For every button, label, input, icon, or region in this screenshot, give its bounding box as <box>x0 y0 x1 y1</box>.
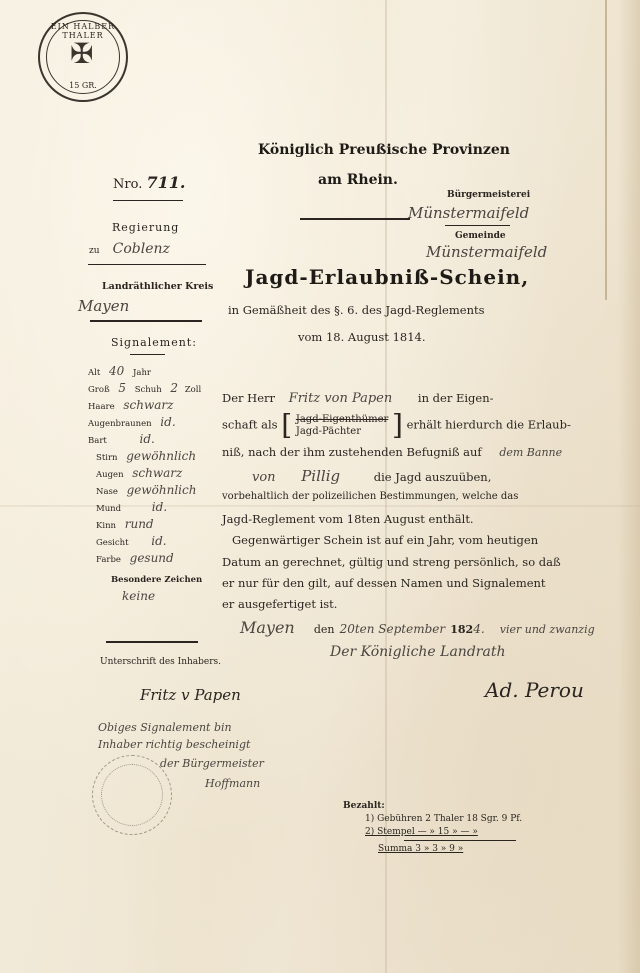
role-active: Jagd-Pächter <box>296 426 389 438</box>
kreis-value: Mayen <box>78 297 129 315</box>
text: schaft als <box>222 418 278 432</box>
buergermeisterei-label: Bürgermeisterei <box>447 190 530 200</box>
unit: Schuh <box>135 385 162 395</box>
regierung-prefix: zu <box>89 246 100 256</box>
tax-stamp: EIN HALBER THALER ✠ 15 GR. <box>38 12 128 102</box>
text: Der Herr <box>222 391 275 405</box>
label: Augen <box>96 470 124 480</box>
issuing-authority: Der Königliche Landrath <box>330 644 505 660</box>
paper-crease <box>605 0 607 300</box>
divider <box>88 264 206 265</box>
body-line-5: vorbehaltlich der polizeilichen Bestimmu… <box>222 492 518 502</box>
kreis-label: Landräthlicher Kreis <box>102 281 213 292</box>
text: niß, nach der ihm zustehenden Befugniß a… <box>222 445 482 459</box>
fees-row-1: 1) Gebühren 2 Thaler 18 Sgr. 9 Pf. <box>365 814 522 824</box>
signalement-row-eyes: Augen schwarz <box>96 466 182 480</box>
value2: 2 <box>170 381 178 395</box>
signalement-row-nose: Nase gewöhnlich <box>96 483 196 497</box>
special-marks-value: keine <box>122 589 155 603</box>
label: Stirn <box>96 453 118 463</box>
text: die Jagd auszuüben, <box>374 470 492 484</box>
issue-year-printed: 182 <box>450 623 473 636</box>
body-line-10: er ausgefertiget ist. <box>222 599 337 611</box>
prussian-eagle-icon: ✠ <box>70 40 93 68</box>
signalement-row-age: Alt 40 Jahr <box>88 364 151 378</box>
value: id. <box>140 432 155 446</box>
value: schwarz <box>123 398 173 412</box>
value: id. <box>152 500 167 514</box>
body-line-4: von Pillig die Jagd auszuüben, <box>222 469 491 484</box>
signalement-row-complexion: Farbe gesund <box>96 551 174 565</box>
label: Augenbraunen <box>88 419 152 429</box>
permit-number-label: Nro. <box>113 177 142 192</box>
holder-name: Fritz von Papen <box>289 391 393 406</box>
regierung-value: Coblenz <box>113 241 170 257</box>
divider <box>130 354 165 355</box>
signalement-row-face: Gesicht id. <box>96 534 167 548</box>
label: Nase <box>96 487 118 497</box>
tax-stamp-value: 15 GR. <box>40 81 126 90</box>
left-brace: [ <box>281 408 292 441</box>
place-handwritten: von <box>252 470 276 485</box>
body-line-9: er nur für den gilt, auf dessen Namen un… <box>222 578 546 590</box>
permit-number: Nro. 711. <box>113 173 185 192</box>
signalement-row-forehead: Stirn gewöhnlich <box>96 449 196 463</box>
signalement-row-height: Groß 5 Schuh 2 Zoll <box>88 381 201 395</box>
label: Gesicht <box>96 538 129 548</box>
signalement-row-eyebrows: Augenbraunen id. <box>88 415 176 429</box>
regierung-label: Regierung <box>112 221 179 234</box>
value: gewöhnlich <box>127 483 197 497</box>
signalement-heading: Signalement: <box>111 336 197 349</box>
place-handwritten: dem Banne <box>499 446 562 459</box>
text: in der Eigen- <box>418 391 494 405</box>
issue-date: 20ten September <box>340 622 446 636</box>
label: Bart <box>88 436 107 446</box>
unit: Jahr <box>133 368 151 378</box>
header-line1: Königlich Preußische Provinzen <box>258 142 510 158</box>
text: erhält hierdurch die Erlaub- <box>407 418 571 432</box>
body-line-2: schaft als [ Jagd-Eigenthümer Jagd-Pächt… <box>222 414 571 437</box>
value: id. <box>151 534 166 548</box>
value: schwarz <box>132 466 182 480</box>
holder-signature: Fritz v Papen <box>140 686 241 704</box>
role-options: Jagd-Eigenthümer Jagd-Pächter <box>296 414 389 437</box>
regierung-field: zu Coblenz <box>89 238 170 257</box>
fees-total: Summa 3 » 3 » 9 » <box>378 844 463 854</box>
body-line-8: Datum an gerechnet, gültig und streng pe… <box>222 557 561 569</box>
document-subtitle-2: vom 18. August 1814. <box>298 330 426 344</box>
unit2: Zoll <box>185 385 201 395</box>
value: 5 <box>118 381 126 395</box>
attestation-line-1: Obiges Signalement bin <box>98 721 232 734</box>
label: Farbe <box>96 555 121 565</box>
attestation-signature: Hoffmann <box>205 777 260 790</box>
divider <box>90 320 202 322</box>
document-subtitle-1: in Gemäßheit des §. 6. des Jagd-Reglemen… <box>228 303 485 317</box>
signalement-row-beard: Bart id. <box>88 432 155 446</box>
value: id. <box>160 415 175 429</box>
issue-year-handwritten: 4. <box>473 622 484 636</box>
fees-label: Bezahlt: <box>343 801 385 811</box>
fees-row-2: 2) Stempel — » 15 » — » <box>365 827 478 837</box>
body-line-7: Gegenwärtiger Schein ist auf ein Jahr, v… <box>232 535 538 547</box>
value: rund <box>125 517 154 531</box>
signalement-row-chin: Kinn rund <box>96 517 154 531</box>
right-brace: ] <box>392 408 403 441</box>
place-name: Pillig <box>301 467 340 485</box>
label: Alt <box>88 368 100 378</box>
paper-edge-shadow <box>618 0 640 973</box>
document-title: Jagd-Erlaubniß-Schein, <box>245 265 529 289</box>
gemeinde-label: Gemeinde <box>455 231 506 241</box>
issue-year-words: vier und zwanzig <box>500 623 595 636</box>
issue-place: Mayen <box>240 618 295 637</box>
header-rule <box>300 218 410 220</box>
buergermeisterei-value: Münstermaifeld <box>408 204 529 222</box>
divider <box>106 641 198 643</box>
body-line-3: niß, nach der ihm zustehenden Befugniß a… <box>222 447 562 459</box>
signalement-row-hair: Haare schwarz <box>88 398 173 412</box>
attestation-line-3: der Bürgermeister <box>160 757 264 770</box>
label: Kinn <box>96 521 116 531</box>
issue-date-line: Mayen den 20ten September 1824. vier und… <box>240 618 595 637</box>
special-marks-label: Besondere Zeichen <box>111 575 202 585</box>
official-signature: Ad. Perou <box>485 678 584 702</box>
body-line-1: Der Herr Fritz von Papen in der Eigen- <box>222 392 494 405</box>
header-line2: am Rhein. <box>318 172 398 188</box>
value: 40 <box>109 364 124 378</box>
holder-signature-label: Unterschrift des Inhabers. <box>100 657 221 667</box>
divider <box>113 200 183 201</box>
divider <box>445 225 510 226</box>
permit-number-value: 711. <box>146 173 185 192</box>
label: Mund <box>96 504 121 514</box>
label: Haare <box>88 402 115 412</box>
seal-ring <box>101 764 163 826</box>
gemeinde-value: Münstermaifeld <box>426 243 547 261</box>
value: gewöhnlich <box>126 449 196 463</box>
signalement-row-mouth: Mund id. <box>96 500 167 514</box>
official-seal <box>92 755 172 835</box>
value: gesund <box>130 551 174 565</box>
text: den <box>314 623 335 636</box>
attestation-line-2: Inhaber richtig bescheinigt <box>98 738 250 751</box>
label: Groß <box>88 385 110 395</box>
body-line-6: Jagd-Reglement vom 18ten August enthält. <box>222 514 474 526</box>
role-struck: Jagd-Eigenthümer <box>296 414 389 426</box>
fees-sum-rule <box>404 840 516 841</box>
